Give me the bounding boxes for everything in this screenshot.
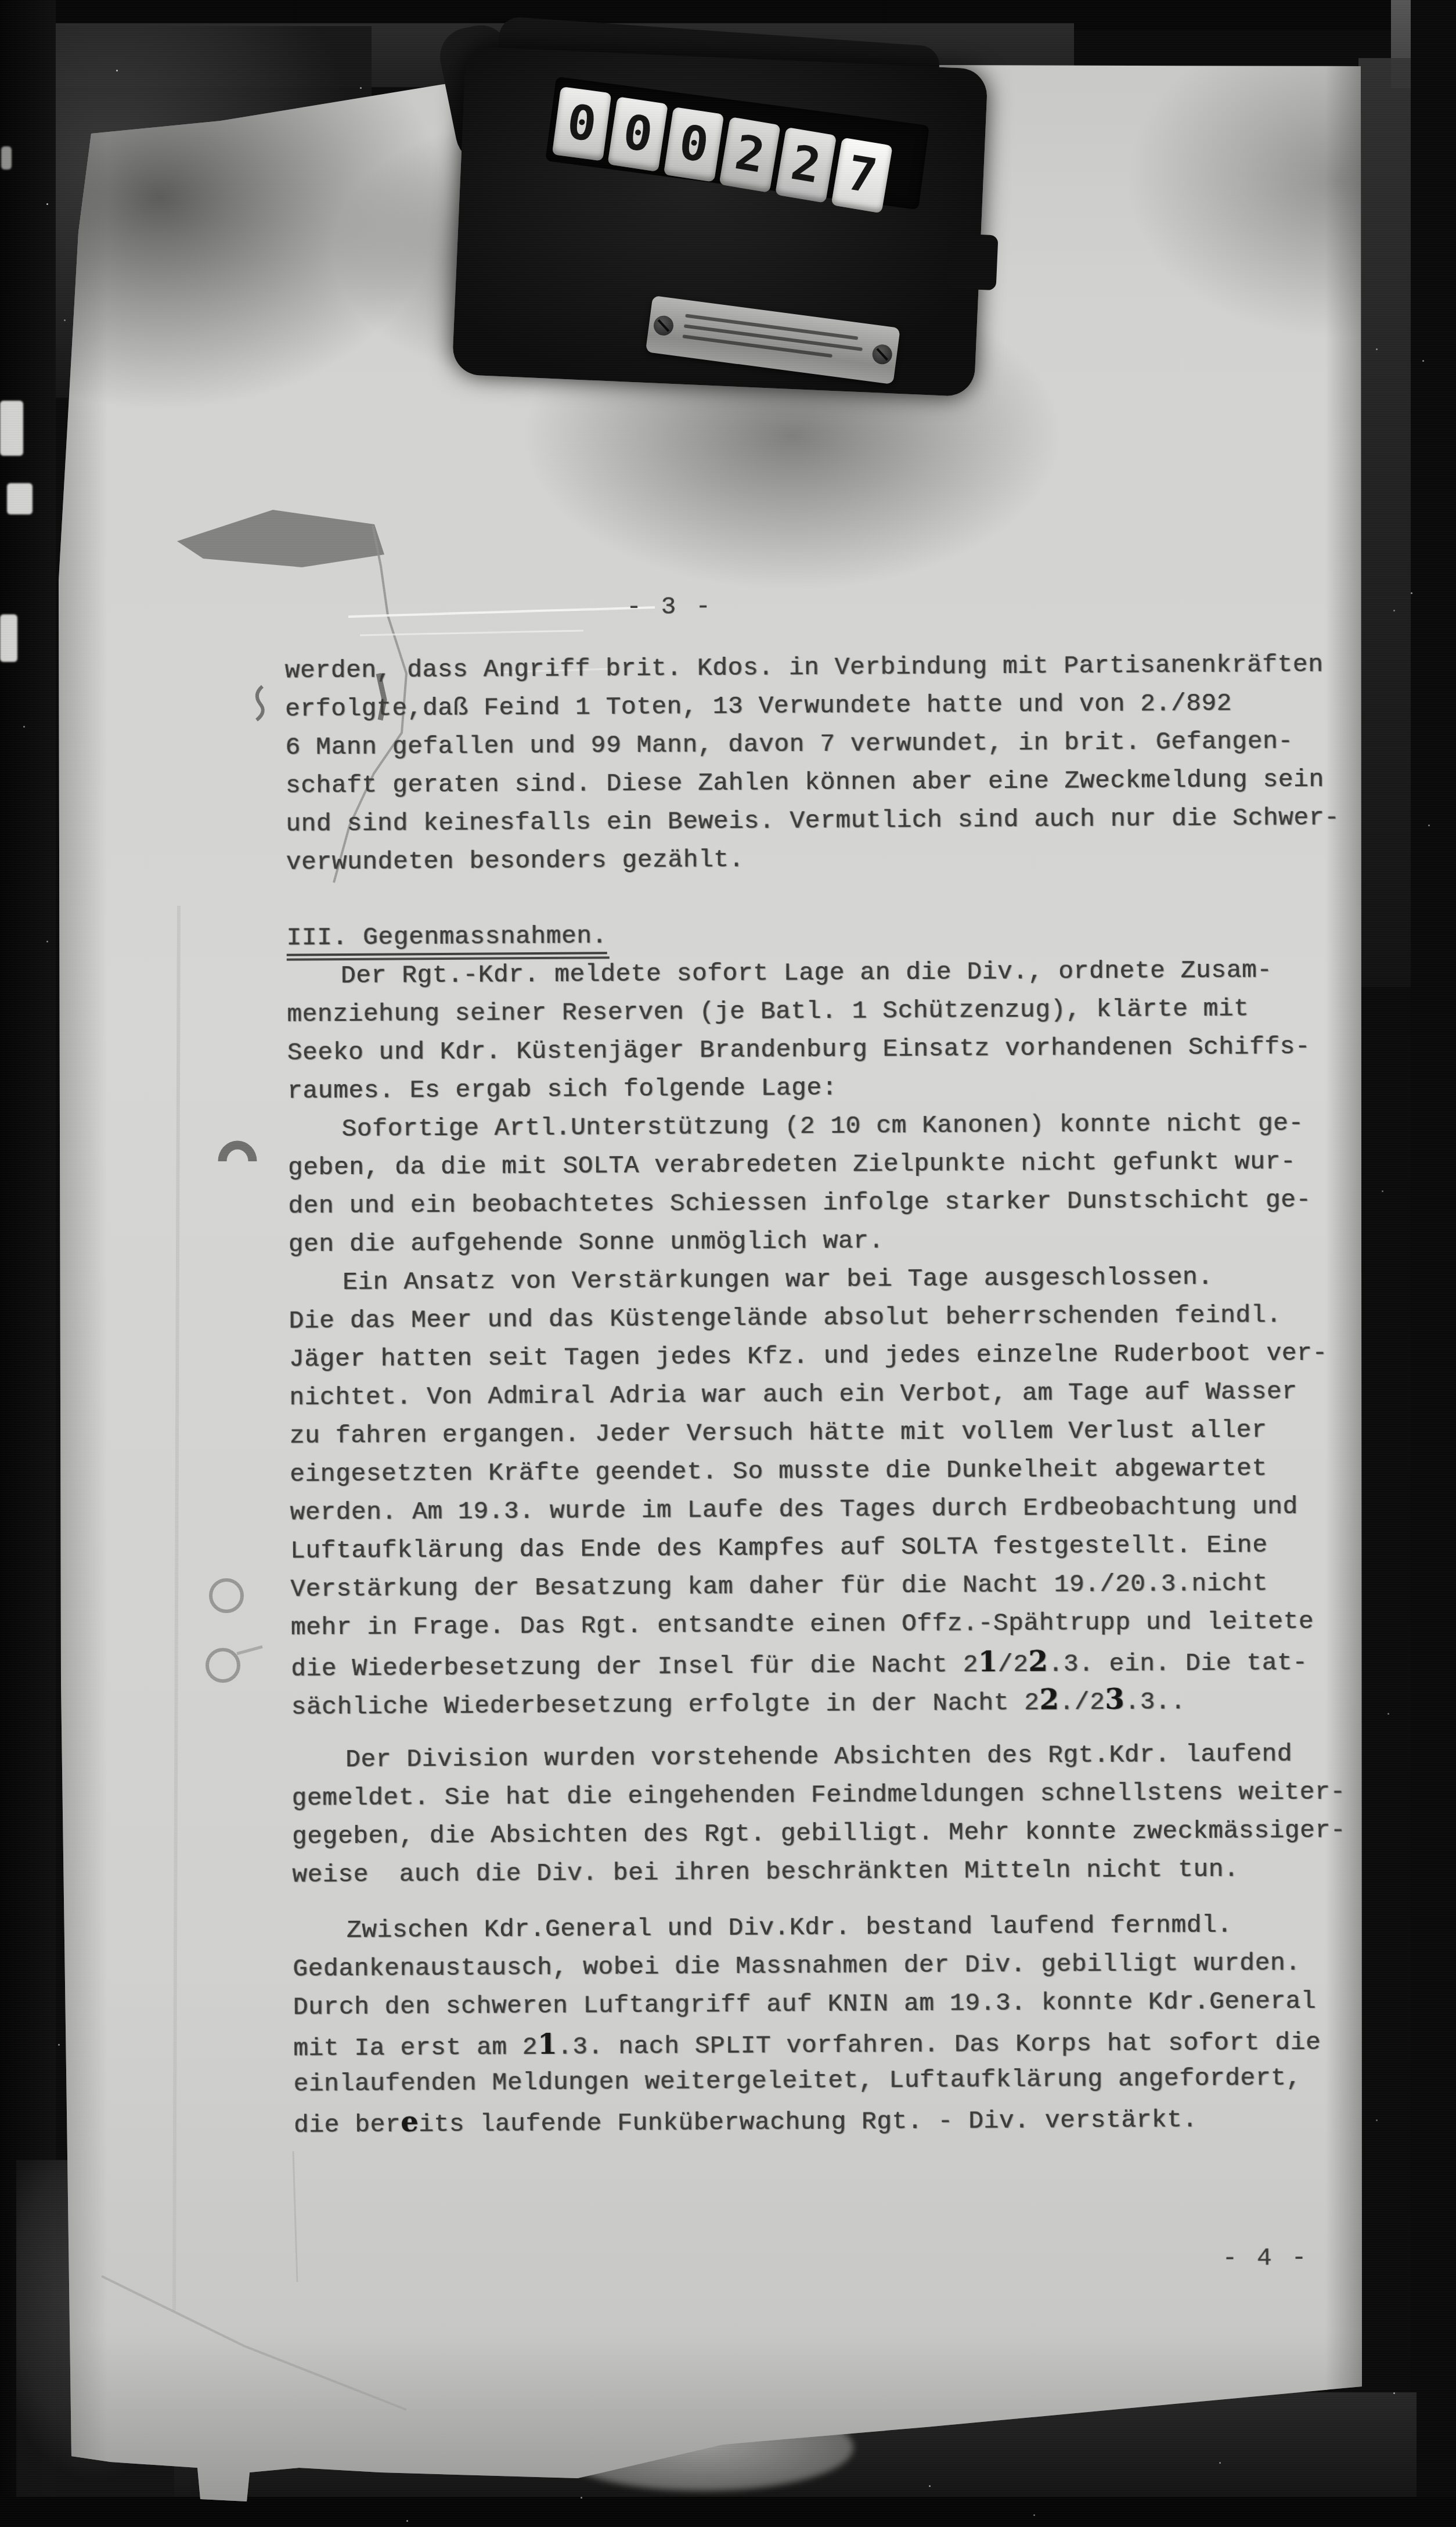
text-segment: mit Ia erst am 2 <box>293 2033 538 2063</box>
text-line: zu fahren ergangen. Jeder Versuch hätte … <box>290 1411 1267 1455</box>
text-segment: sächliche Wiederbesetzung erfolgte in de… <box>291 1689 1040 1722</box>
text-segment: Luftaufklärung das Ende des Kampfes auf … <box>290 1531 1268 1565</box>
text-segment: mehr in Frage. Das Rgt. entsandte einen … <box>291 1607 1314 1642</box>
screw-icon <box>871 343 893 365</box>
text-line: verwundeten besonders gezählt. <box>286 841 745 882</box>
text-segment: Die das Meer und das Küstengelände absol… <box>289 1301 1281 1335</box>
text-line: raumes. Es ergab sich folgende Lage: <box>287 1069 837 1111</box>
underlined-heading-text: III. Gegenmassnahmen. <box>286 921 607 956</box>
text-line: Der Division wurden vorstehende Absichte… <box>345 1735 1292 1779</box>
counter-digit: 2 <box>775 127 837 203</box>
text-segment: .3. ein. Die tat- <box>1048 1648 1307 1679</box>
text-segment: Zwischen Kdr.General und Div.Kdr. bestan… <box>347 1911 1232 1945</box>
text-segment: gegeben, die Absichten des Rgt. gebillig… <box>292 1816 1346 1851</box>
text-line: die bereits laufende Funküberwachung Rgt… <box>294 2098 1198 2145</box>
text-segment: Der Division wurden vorstehende Absichte… <box>345 1740 1292 1774</box>
text-segment: weise auch die Div. bei ihren beschränkt… <box>292 1855 1239 1889</box>
text-line: Jäger hatten seit Tagen jedes Kfz. und j… <box>289 1334 1328 1379</box>
text-segment: Durch den schweren Luftangriff auf KNIN … <box>293 1987 1317 2022</box>
page-number-bottom: - 4 - <box>1222 2239 1309 2278</box>
counter-digit: 7 <box>831 138 893 214</box>
text-segment: 6 Mann gefallen und 99 Mann, davon 7 ver… <box>285 727 1293 762</box>
text-segment: verwundeten besonders gezählt. <box>286 845 744 877</box>
engraved-line <box>682 334 832 358</box>
text-line: eingesetzten Kräfte geendet. So musste d… <box>290 1449 1267 1493</box>
text-line: den und ein beobachtetes Schiessen infol… <box>288 1181 1311 1226</box>
text-line: einlaufenden Meldungen weitergeleitet, L… <box>293 2059 1301 2104</box>
text-segment: Ein Ansatz von Verstärkungen war bei Tag… <box>343 1263 1213 1297</box>
text-line: weise auch die Div. bei ihren beschränkt… <box>292 1851 1239 1895</box>
text-segment: Gedankenaustausch, wobei die Massnahmen … <box>293 1949 1300 1984</box>
text-line: Ein Ansatz von Verstärkungen war bei Tag… <box>343 1258 1213 1302</box>
text-line: werden. Am 19.3. wurde im Laufe des Tage… <box>290 1488 1298 1532</box>
text-segment: Der Rgt.-Kdr. meldete sofort Lage an die… <box>341 956 1273 990</box>
text-segment: its laufende Funküberwachung Rgt. - Div.… <box>419 2105 1198 2139</box>
counter-digit: 0 <box>552 87 612 161</box>
text-segment: Seeko und Kdr. Küstenjäger Brandenburg E… <box>287 1032 1311 1067</box>
text-segment: .3. nach SPLIT vorfahren. Das Korps hat … <box>557 2028 1321 2061</box>
text-line: mehr in Frage. Das Rgt. entsandte einen … <box>291 1603 1314 1647</box>
text-line: nichtet. Von Admiral Adria war auch ein … <box>289 1373 1297 1417</box>
text-segment: /2 <box>998 1650 1029 1679</box>
text-line: gegeben, die Absichten des Rgt. gebillig… <box>292 1812 1346 1856</box>
counter-device: 000227 <box>445 20 1012 427</box>
text-segment: raumes. Es ergab sich folgende Lage: <box>287 1074 837 1106</box>
text-segment: werden, dass Angriff brit. Kdos. in Verb… <box>285 650 1324 685</box>
handwritten-correction: 2 <box>1028 1646 1048 1678</box>
text-segment: geben, da die mit SOLTA verabredeten Zie… <box>288 1147 1296 1182</box>
text-line: Die das Meer und das Küstengelände absol… <box>289 1296 1281 1340</box>
text-segment: gen die aufgehende Sonne unmöglich war. <box>289 1226 884 1258</box>
counter-digit: 0 <box>607 96 668 172</box>
text-line: Gedankenaustausch, wobei die Massnahmen … <box>293 1944 1300 1989</box>
text-segment: gemeldet. Sie hat die eingehenden Feindm… <box>291 1778 1345 1813</box>
text-line: gemeldet. Sie hat die eingehenden Feindm… <box>291 1773 1345 1818</box>
text-segment: einlaufenden Meldungen weitergeleitet, L… <box>293 2064 1301 2098</box>
text-line: schaft geraten sind. Diese Zahlen können… <box>286 761 1324 805</box>
text-line: Luftaufklärung das Ende des Kampfes auf … <box>290 1526 1268 1570</box>
text-segment: eingesetzten Kräfte geendet. So musste d… <box>290 1454 1267 1488</box>
text-line: und sind keinesfalls ein Beweis. Vermutl… <box>286 799 1339 844</box>
text-segment: nichtet. Von Admiral Adria war auch ein … <box>289 1377 1297 1412</box>
text-segment: Jäger hatten seit Tagen jedes Kfz. und j… <box>289 1339 1328 1374</box>
text-segment: zu fahren ergangen. Jeder Versuch hätte … <box>290 1416 1267 1450</box>
handwritten-correction: 1 <box>978 1646 998 1678</box>
text-segment: Verstärkung der Besatzung kam daher für … <box>290 1569 1268 1603</box>
text-line: menziehung seiner Reserven (je Batl. 1 S… <box>287 990 1249 1034</box>
section-heading: III. Gegenmassnahmen. <box>286 917 607 957</box>
text-segment: Sofortige Artl.Unterstützung (2 10 cm Ka… <box>341 1109 1303 1143</box>
text-line: erfolgte,daß Feind 1 Toten, 13 Verwundet… <box>285 685 1232 729</box>
text-line: Durch den schweren Luftangriff auf KNIN … <box>293 1982 1317 2027</box>
text-segment: den und ein beobachtetes Schiessen infol… <box>288 1186 1311 1221</box>
text-line: werden, dass Angriff brit. Kdos. in Verb… <box>285 646 1324 690</box>
text-segment: schaft geraten sind. Diese Zahlen können… <box>286 765 1324 800</box>
text-line: sächliche Wiederbesetzung erfolgte in de… <box>291 1680 1185 1726</box>
text-line: Seeko und Kdr. Küstenjäger Brandenburg E… <box>287 1028 1311 1072</box>
text-line: geben, da die mit SOLTA verabredeten Zie… <box>288 1143 1296 1187</box>
handwritten-correction: 1 <box>538 2028 557 2061</box>
text-line: Verstärkung der Besatzung kam daher für … <box>290 1564 1268 1608</box>
text-segment: erfolgte,daß Feind 1 Toten, 13 Verwundet… <box>285 689 1232 723</box>
microfilm-frame: - 3 - werden, dass Angriff brit. Kdos. i… <box>0 0 1456 2527</box>
text-line: Der Rgt.-Kdr. meldete sofort Lage an die… <box>341 951 1273 995</box>
text-line: gen die aufgehende Sonne unmöglich war. <box>289 1222 884 1263</box>
page-number-top: - 3 - <box>626 588 713 627</box>
text-line: Sofortige Artl.Unterstützung (2 10 cm Ka… <box>341 1104 1304 1149</box>
text-segment: die ber <box>294 2110 401 2139</box>
text-line: 6 Mann gefallen und 99 Mann, davon 7 ver… <box>285 722 1293 767</box>
screw-icon <box>653 315 675 337</box>
text-segment: und sind keinesfalls ein Beweis. Vermutl… <box>286 804 1339 838</box>
text-segment: menziehung seiner Reserven (je Batl. 1 S… <box>287 995 1249 1029</box>
handwritten-correction: 2 <box>1039 1684 1059 1716</box>
text-segment: werden. Am 19.3. wurde im Laufe des Tage… <box>290 1492 1298 1527</box>
text-line: Zwischen Kdr.General und Div.Kdr. bestan… <box>347 1906 1232 1950</box>
text-segment: .3.. <box>1125 1687 1186 1716</box>
counter-digit: 2 <box>719 117 780 193</box>
counter-digit: 0 <box>664 107 724 182</box>
handwritten-correction: 3 <box>1105 1683 1125 1716</box>
text-segment: ./2 <box>1059 1688 1105 1716</box>
handwritten-correction: e <box>401 2105 419 2138</box>
counter-foot <box>946 233 998 291</box>
text-segment: die Wiederbesetzung der Insel für die Na… <box>291 1650 978 1683</box>
